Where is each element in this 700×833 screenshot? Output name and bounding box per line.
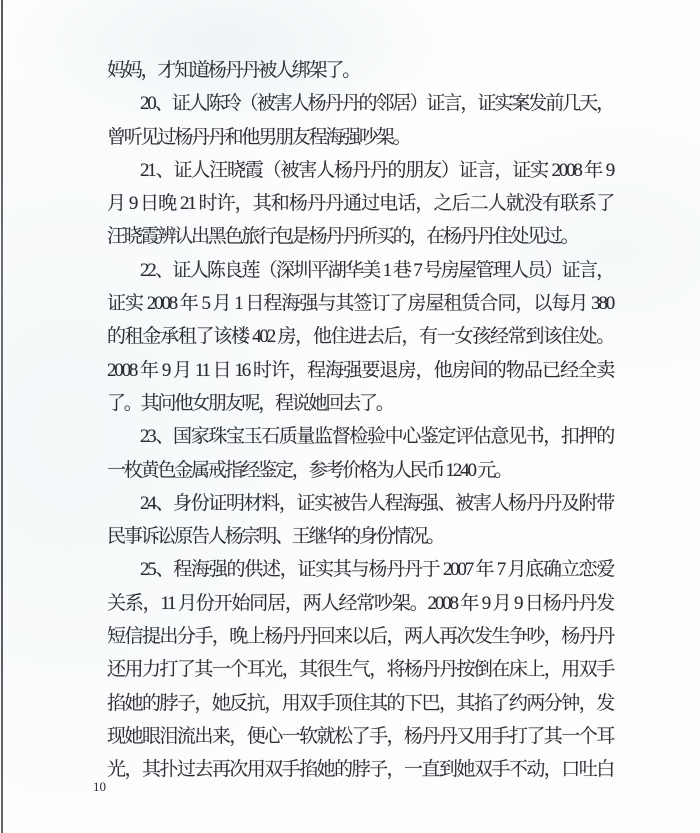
text-line: 现她眼泪流出来，便心一软就松了手，杨丹丹又用手打了其一个耳 xyxy=(107,720,613,753)
text-line: 汪晓霞辨认出黑色旅行包是杨丹丹所买的，在杨丹丹住处见过。 xyxy=(107,220,613,253)
paragraph-item-24: 24、身份证明材料，证实被告人程海强、被害人杨丹丹及附带 民事诉讼原告人杨宗明、… xyxy=(107,487,613,554)
text-line: 24、身份证明材料，证实被告人程海强、被害人杨丹丹及附带 xyxy=(107,487,613,520)
text-line: 民事诉讼原告人杨宗明、王继华的身份情况。 xyxy=(107,520,613,553)
text-line: 的租金承租了该楼 402 房，他住进去后，有一女孩经常到该住处。 xyxy=(107,320,613,353)
paragraph-item-22: 22、证人陈良莲（深圳平湖华美 1 巷 7 号房屋管理人员）证言， 证实 200… xyxy=(107,254,613,420)
text-line: 2008 年 9 月 11 日 16 时许，程海强要退房，他房间的物品已经全卖 xyxy=(107,354,613,387)
text-line: 一枚黄色金属戒指经鉴定，参考价格为人民币 1240 元。 xyxy=(107,454,613,487)
text-line: 20、证人陈玲（被害人杨丹丹的邻居）证言，证实案发前几天， xyxy=(107,87,613,120)
text-line: 还用力打了其一个耳光，其很生气，将杨丹丹按倒在床上，用双手 xyxy=(107,653,613,686)
document-page: 妈妈，才知道杨丹丹被人绑架了。 20、证人陈玲（被害人杨丹丹的邻居）证言，证实案… xyxy=(0,0,700,833)
text-line: 了。其问他女朋友呢，程说她回去了。 xyxy=(107,387,613,420)
text-line: 22、证人陈良莲（深圳平湖华美 1 巷 7 号房屋管理人员）证言， xyxy=(107,254,613,287)
paragraph-item-23: 23、国家珠宝玉石质量监督检验中心鉴定评估意见书，扣押的 一枚黄色金属戒指经鉴定… xyxy=(107,420,613,487)
text-line: 短信提出分手，晚上杨丹丹回来以后，两人再次发生争吵，杨丹丹 xyxy=(107,620,613,653)
paragraph-item-20: 20、证人陈玲（被害人杨丹丹的邻居）证言，证实案发前几天， 曾听见过杨丹丹和他男… xyxy=(107,87,613,154)
scan-edge-line xyxy=(1,0,3,833)
text-line: 21、证人汪晓霞（被害人杨丹丹的朋友）证言，证实 2008 年 9 xyxy=(107,154,613,187)
text-line: 掐她的脖子，她反抗，用双手顶住其的下巴，其掐了约两分钟，发 xyxy=(107,687,613,720)
text-line: 关系，11 月份开始同居，两人经常吵架。2008 年 9 月 9 日杨丹丹发 xyxy=(107,587,613,620)
text-line: 曾听见过杨丹丹和他男朋友程海强吵架。 xyxy=(107,121,613,154)
text-line: 月 9 日晚 21 时许，其和杨丹丹通过电话，之后二人就没有联系了 xyxy=(107,187,613,220)
text-line: 23、国家珠宝玉石质量监督检验中心鉴定评估意见书，扣押的 xyxy=(107,420,613,453)
paragraph-item-21: 21、证人汪晓霞（被害人杨丹丹的朋友）证言，证实 2008 年 9 月 9 日晚… xyxy=(107,154,613,254)
text-line: 25、程海强的供述，证实其与杨丹丹于 2007 年 7 月底确立恋爱 xyxy=(107,553,613,586)
body-text: 妈妈，才知道杨丹丹被人绑架了。 20、证人陈玲（被害人杨丹丹的邻居）证言，证实案… xyxy=(107,54,613,787)
text-line: 妈妈，才知道杨丹丹被人绑架了。 xyxy=(107,54,613,87)
paragraph-continuation: 妈妈，才知道杨丹丹被人绑架了。 xyxy=(107,54,613,87)
text-line: 证实 2008 年 5 月 1 日程海强与其签订了房屋租赁合同，以每月 380 xyxy=(107,287,613,320)
page-number: 10 xyxy=(93,779,106,794)
paragraph-item-25: 25、程海强的供述，证实其与杨丹丹于 2007 年 7 月底确立恋爱 关系，11… xyxy=(107,553,613,786)
text-line: 光，其扑过去再次用双手掐她的脖子，一直到她双手不动，口吐白 xyxy=(107,753,613,786)
